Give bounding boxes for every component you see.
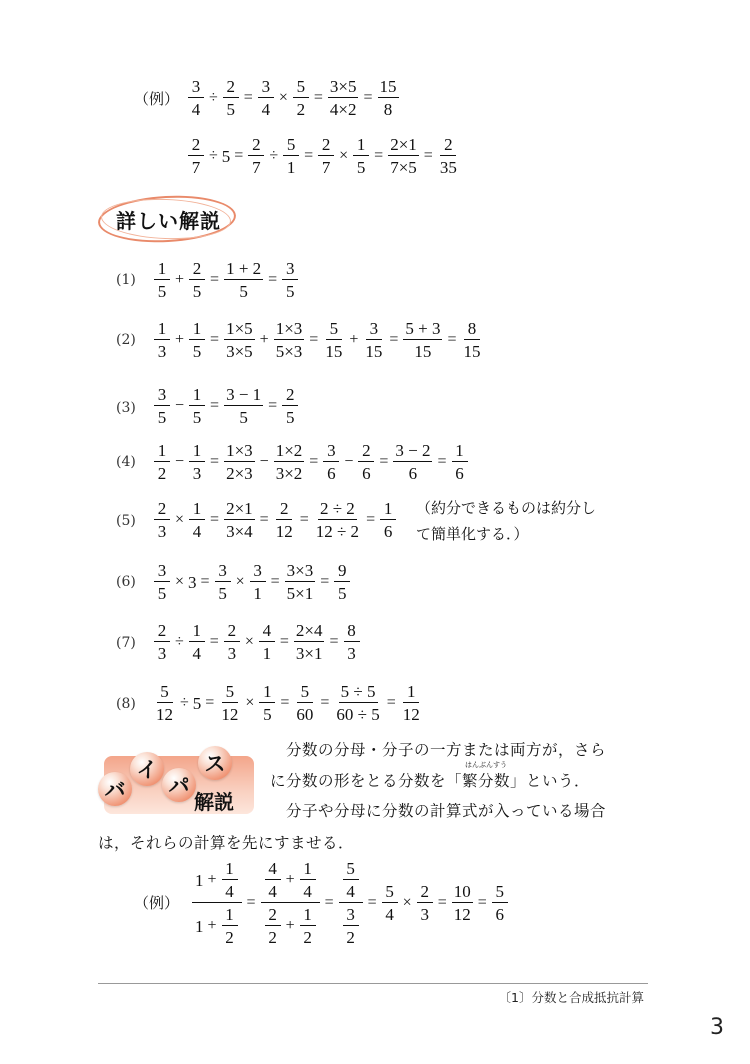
fraction: 13 (154, 320, 170, 360)
fraction: 2×17×5 (388, 136, 419, 176)
denominator: 22+12 (261, 903, 320, 946)
bypass-paragraph-line-1: 分数の分母・分子の一方または両方が，さら (286, 738, 606, 760)
denominator: 6 (360, 462, 373, 482)
operator: + (286, 872, 295, 888)
operator: − (175, 454, 184, 470)
operator: − (260, 454, 269, 470)
denominator: 5 (191, 280, 204, 300)
operator: = (210, 332, 219, 348)
operator: + (260, 332, 269, 348)
fraction: 15 (189, 386, 205, 426)
fraction: 2 ÷ 212 ÷ 2 (314, 500, 361, 540)
footer-divider (98, 983, 648, 984)
operator: = (210, 272, 219, 288)
badge-label: 詳しい解説 (116, 205, 221, 234)
fraction: 35 (282, 260, 298, 300)
denominator: 4 (190, 98, 203, 118)
operator: = (374, 148, 383, 164)
numerator: 3 (188, 78, 204, 98)
problem-equation-8: 512÷5=512×15=560=5 ÷ 560 ÷ 5=112 (152, 683, 424, 723)
fraction: 36 (323, 442, 339, 482)
operator: = (447, 332, 456, 348)
fraction: 3 − 15 (224, 386, 263, 426)
note-line: （約分できるものは約分し (416, 495, 596, 521)
operator: = (368, 895, 377, 911)
operator: = (300, 512, 309, 528)
fraction: 35 (215, 562, 231, 602)
number: 5 (222, 148, 231, 165)
numerator: 2 (417, 883, 433, 903)
numerator: 2 (358, 442, 374, 462)
fraction: 23 (224, 622, 240, 662)
fraction: 1012 (452, 883, 473, 923)
operator: = (210, 634, 219, 650)
numerator: 1 (189, 442, 205, 462)
numerator: 5 (343, 860, 359, 880)
numerator: 1 (189, 386, 205, 406)
fraction: 41 (259, 622, 275, 662)
denominator: 4 (301, 880, 314, 900)
denominator: 12 (274, 520, 295, 540)
denominator: 3 (226, 642, 239, 662)
numerator: 2×4 (294, 622, 325, 642)
fraction: 2×43×1 (294, 622, 325, 662)
fraction: 34 (258, 78, 274, 118)
problem-equation-3: 35−15=3 − 15=25 (152, 386, 300, 426)
problem-label-5: (5) (116, 513, 136, 529)
number: 5 (193, 695, 202, 712)
numerator: 2 (188, 136, 204, 156)
fraction: 158 (378, 78, 399, 118)
numerator: 15 (378, 78, 399, 98)
fraction: 3×35×1 (285, 562, 316, 602)
numerator: 2 ÷ 2 (318, 500, 357, 520)
badge-bubble: ス (198, 746, 232, 780)
operator: = (210, 512, 219, 528)
problem-label-6: (6) (116, 574, 136, 590)
numerator: 5 (293, 78, 309, 98)
example-equation-1: 34÷25=34×52=3×54×2=158 (186, 78, 401, 118)
fraction: 15 (154, 260, 170, 300)
number: 3 (188, 574, 197, 591)
denominator: 6 (325, 462, 338, 482)
fraction: 3 − 26 (393, 442, 432, 482)
bypass-explanation-badge: バ イ パ ス 解説 (98, 742, 258, 814)
badge-bubble: イ (130, 752, 164, 786)
operator: × (175, 512, 184, 528)
fraction: 44 (265, 860, 281, 900)
denominator: 7×5 (388, 156, 419, 176)
denominator: 60 (294, 703, 315, 723)
fraction: 1×23×2 (274, 442, 305, 482)
numerator: 1 (380, 500, 396, 520)
operator: − (344, 454, 353, 470)
denominator: 60 ÷ 5 (334, 703, 381, 723)
fraction: 31 (250, 562, 266, 602)
denominator: 1+12 (192, 903, 242, 946)
problem-label-7: (7) (116, 635, 136, 651)
numerator: 5 ÷ 5 (339, 683, 378, 703)
denominator: 1 (261, 642, 274, 662)
operator: × (403, 895, 412, 911)
note-line: て簡単化する．） (416, 521, 596, 547)
numerator: 44+14 (261, 860, 320, 903)
numerator: 1×5 (224, 320, 255, 340)
fraction: 23 (154, 622, 170, 662)
numerator: 3 (258, 78, 274, 98)
operator: = (280, 695, 289, 711)
denominator: 5 (336, 582, 349, 602)
fraction: 52 (293, 78, 309, 118)
fraction: 54 (382, 883, 398, 923)
denominator: 15 (363, 340, 384, 360)
chapter-title: 〔1〕分数と合成抵抗計算 (499, 988, 644, 1006)
operator: = (329, 634, 338, 650)
fraction: 815 (462, 320, 483, 360)
denominator: 4×2 (328, 98, 359, 118)
operator: ÷ (209, 90, 218, 106)
operator: = (387, 695, 396, 711)
operator: × (339, 148, 348, 164)
numerator: 3×3 (285, 562, 316, 582)
example-equation-2: 27÷5=27÷51=27×15=2×17×5=235 (186, 136, 461, 176)
fraction: 12 (222, 906, 238, 946)
numerator: 5 + 3 (403, 320, 442, 340)
operator: − (175, 398, 184, 414)
denominator: 4 (223, 880, 236, 900)
denominator: 12 ÷ 2 (314, 520, 361, 540)
operator: = (325, 895, 334, 911)
operator: = (314, 90, 323, 106)
fraction: 512 (219, 683, 240, 723)
denominator: 7 (320, 156, 333, 176)
operator: = (389, 332, 398, 348)
denominator: 2 (266, 926, 279, 946)
denominator: 5 (237, 406, 250, 426)
numerator: 1 (222, 860, 238, 880)
denominator: 12 (154, 703, 175, 723)
numerator: 2×1 (388, 136, 419, 156)
fraction: 560 (294, 683, 315, 723)
denominator: 6 (407, 462, 420, 482)
numerator: 2 (265, 906, 281, 926)
numerator: 9 (334, 562, 350, 582)
denominator: 3 (191, 462, 204, 482)
operator: = (244, 90, 253, 106)
denominator: 3 (156, 642, 169, 662)
fraction: 14 (300, 860, 316, 900)
denominator: 3×4 (224, 520, 255, 540)
numerator: 5 (326, 320, 342, 340)
numerator: 1 (259, 683, 275, 703)
numerator: 3 (282, 260, 298, 280)
problem-equation-6: 35×3=35×31=3×35×1=95 (152, 562, 352, 602)
denominator: 3×2 (274, 462, 305, 482)
operator: × (236, 574, 245, 590)
fraction: 51 (283, 136, 299, 176)
fraction: 35 (154, 386, 170, 426)
operator: + (286, 918, 295, 934)
operator: = (424, 148, 433, 164)
denominator: 15 (462, 340, 483, 360)
denominator: 4 (191, 642, 204, 662)
complex-fraction: 1+141+12 (192, 860, 242, 946)
numerator: 5 (157, 683, 173, 703)
fraction: 15 (259, 683, 275, 723)
operator: = (379, 454, 388, 470)
denominator: 8 (382, 98, 395, 118)
denominator: 15 (323, 340, 344, 360)
fraction: 27 (248, 136, 264, 176)
problem-equation-1: 15+25=1 + 25=35 (152, 260, 300, 300)
denominator: 2 (156, 462, 169, 482)
fraction: 5 ÷ 560 ÷ 5 (334, 683, 381, 723)
problem-equation-2: 13+15=1×53×5+1×35×3=515+315=5 + 315=815 (152, 320, 485, 360)
operator: = (304, 148, 313, 164)
denominator: 5 (216, 582, 229, 602)
operator: = (363, 90, 372, 106)
denominator: 5 (284, 406, 297, 426)
operator: = (260, 512, 269, 528)
numerator: 2 (223, 78, 239, 98)
operator: = (271, 574, 280, 590)
numerator: 3×5 (328, 78, 359, 98)
denominator: 3 (156, 520, 169, 540)
numerator: 1 (189, 500, 205, 520)
operator: = (205, 695, 214, 711)
fraction: 23 (154, 500, 170, 540)
denominator: 2 (295, 98, 308, 118)
numerator: 1 (154, 260, 170, 280)
number: 1 (195, 872, 204, 889)
denominator: 5×3 (274, 340, 305, 360)
fraction: 13 (189, 442, 205, 482)
operator: = (478, 895, 487, 911)
operator: = (309, 332, 318, 348)
problem-label-8: (8) (116, 696, 136, 712)
fraction: 25 (223, 78, 239, 118)
numerator: 8 (344, 622, 360, 642)
numerator: 4 (259, 622, 275, 642)
numerator: 2 (154, 622, 170, 642)
numerator: 8 (464, 320, 480, 340)
denominator: 4 (266, 880, 279, 900)
number: 1 (195, 918, 204, 935)
operator: × (175, 574, 184, 590)
denominator: 2 (344, 926, 357, 946)
operator: = (438, 895, 447, 911)
ruby-reading: はんぶんすう (462, 760, 510, 770)
operator: + (175, 332, 184, 348)
operator: + (175, 272, 184, 288)
operator: + (208, 872, 217, 888)
fraction: 56 (492, 883, 508, 923)
numerator: 1 + 2 (224, 260, 263, 280)
denominator: 2×3 (224, 462, 255, 482)
fraction: 22 (265, 906, 281, 946)
fraction: 14 (189, 622, 205, 662)
numerator: 1×3 (224, 442, 255, 462)
operator: = (210, 454, 219, 470)
denominator: 5 (237, 280, 250, 300)
denominator: 4 (344, 880, 357, 900)
complex-fraction-equation: 1+141+12=44+1422+12=5432=54×23=1012=56 (190, 860, 510, 946)
numerator: 2 (276, 500, 292, 520)
fraction: 35 (154, 562, 170, 602)
bypass-paragraph-line-2: に分数の形をとる分数を「はんぶんすう繁分数」という． (270, 769, 590, 791)
denominator: 32 (339, 903, 363, 946)
problem-equation-7: 23÷14=23×41=2×43×1=83 (152, 622, 362, 662)
numerator: 2 (282, 386, 298, 406)
denominator: 12 (452, 903, 473, 923)
numerator: 1 (300, 860, 316, 880)
denominator: 5 (191, 406, 204, 426)
term: 繁分数 (462, 772, 510, 790)
numerator: 2 (440, 136, 456, 156)
bypass-paragraph-line-4: は，それらの計算を先にすませる． (98, 831, 354, 853)
operator: × (245, 634, 254, 650)
ruby-term: はんぶんすう繁分数 (462, 769, 510, 791)
numerator: 54 (339, 860, 363, 903)
operator: = (320, 574, 329, 590)
example-label: （例） (134, 892, 179, 913)
denominator: 5×1 (285, 582, 316, 602)
fraction: 16 (380, 500, 396, 540)
fraction: 54 (343, 860, 359, 900)
fraction: 12 (154, 442, 170, 482)
denominator: 6 (453, 462, 466, 482)
fraction: 112 (401, 683, 422, 723)
denominator: 1 (285, 156, 298, 176)
numerator: 5 (382, 883, 398, 903)
numerator: 1×3 (274, 320, 305, 340)
numerator: 2 (318, 136, 334, 156)
fraction: 25 (282, 386, 298, 426)
numerator: 1 (154, 442, 170, 462)
denominator: 6 (382, 520, 395, 540)
example-label: （例） (134, 88, 179, 109)
operator: = (268, 398, 277, 414)
operator: = (280, 634, 289, 650)
denominator: 4 (260, 98, 273, 118)
denominator: 7 (190, 156, 203, 176)
operator: × (279, 90, 288, 106)
denominator: 5 (225, 98, 238, 118)
numerator: 3 (343, 906, 359, 926)
denominator: 3 (345, 642, 358, 662)
fraction: 1×35×3 (274, 320, 305, 360)
denominator: 2 (223, 926, 236, 946)
fraction: 27 (188, 136, 204, 176)
denominator: 5 (191, 340, 204, 360)
operator: = (247, 895, 256, 911)
operator: + (349, 332, 358, 348)
numerator: 3 (215, 562, 231, 582)
operator: = (210, 398, 219, 414)
numerator: 3 (366, 320, 382, 340)
denominator: 5 (284, 280, 297, 300)
denominator: 5 (156, 280, 169, 300)
fraction: 16 (452, 442, 468, 482)
operator: = (234, 148, 243, 164)
numerator: 1 (154, 320, 170, 340)
numerator: 2×1 (224, 500, 255, 520)
badge-bubble: バ (98, 772, 132, 806)
numerator: 3 (154, 562, 170, 582)
fraction: 5 + 315 (403, 320, 442, 360)
denominator: 2 (301, 926, 314, 946)
numerator: 1 (189, 622, 205, 642)
bypass-paragraph-line-3: 分子や分母に分数の計算式が入っている場合 (286, 799, 606, 821)
fraction: 14 (222, 860, 238, 900)
badge-bubble: パ (162, 768, 196, 802)
fraction: 3×54×2 (328, 78, 359, 118)
numerator: 3 − 2 (393, 442, 432, 462)
fraction: 15 (353, 136, 369, 176)
denominator: 5 (261, 703, 274, 723)
denominator: 5 (156, 582, 169, 602)
numerator: 2 (248, 136, 264, 156)
numerator: 3 − 1 (224, 386, 263, 406)
fraction: 95 (334, 562, 350, 602)
fraction: 1×32×3 (224, 442, 255, 482)
problem-label-4: (4) (116, 454, 136, 470)
fraction: 26 (358, 442, 374, 482)
numerator: 1 (452, 442, 468, 462)
numerator: 1 (353, 136, 369, 156)
operator: ÷ (180, 695, 189, 711)
numerator: 2 (154, 500, 170, 520)
page-number: 3 (710, 1015, 724, 1040)
complex-fraction: 44+1422+12 (261, 860, 320, 946)
denominator: 5 (355, 156, 368, 176)
numerator: 1 (300, 906, 316, 926)
numerator: 5 (222, 683, 238, 703)
numerator: 3 (154, 386, 170, 406)
fraction: 1 + 25 (224, 260, 263, 300)
denominator: 3 (156, 340, 169, 360)
fraction: 315 (363, 320, 384, 360)
numerator: 1+14 (192, 860, 242, 903)
operator: = (268, 272, 277, 288)
numerator: 1 (189, 320, 205, 340)
fraction: 212 (274, 500, 295, 540)
denominator: 3 (418, 903, 431, 923)
text: 」という． (510, 772, 590, 790)
fraction: 235 (438, 136, 459, 176)
denominator: 4 (383, 903, 396, 923)
operator: × (245, 695, 254, 711)
numerator: 4 (265, 860, 281, 880)
operator: ÷ (269, 148, 278, 164)
denominator: 3×5 (224, 340, 255, 360)
problem-equation-4: 12−13=1×32×3−1×23×2=36−26=3 − 26=16 (152, 442, 470, 482)
fraction: 515 (323, 320, 344, 360)
denominator: 15 (412, 340, 433, 360)
numerator: 2 (224, 622, 240, 642)
badge-label: 解説 (194, 786, 234, 815)
numerator: 10 (452, 883, 473, 903)
fraction: 25 (189, 260, 205, 300)
operator: = (320, 695, 329, 711)
numerator: 1 (403, 683, 419, 703)
denominator: 3×1 (294, 642, 325, 662)
denominator: 6 (494, 903, 507, 923)
numerator: 5 (283, 136, 299, 156)
detailed-explanation-badge: 詳しい解説 (98, 196, 230, 240)
text: に分数の形をとる分数を「 (270, 772, 462, 790)
operator: + (208, 918, 217, 934)
